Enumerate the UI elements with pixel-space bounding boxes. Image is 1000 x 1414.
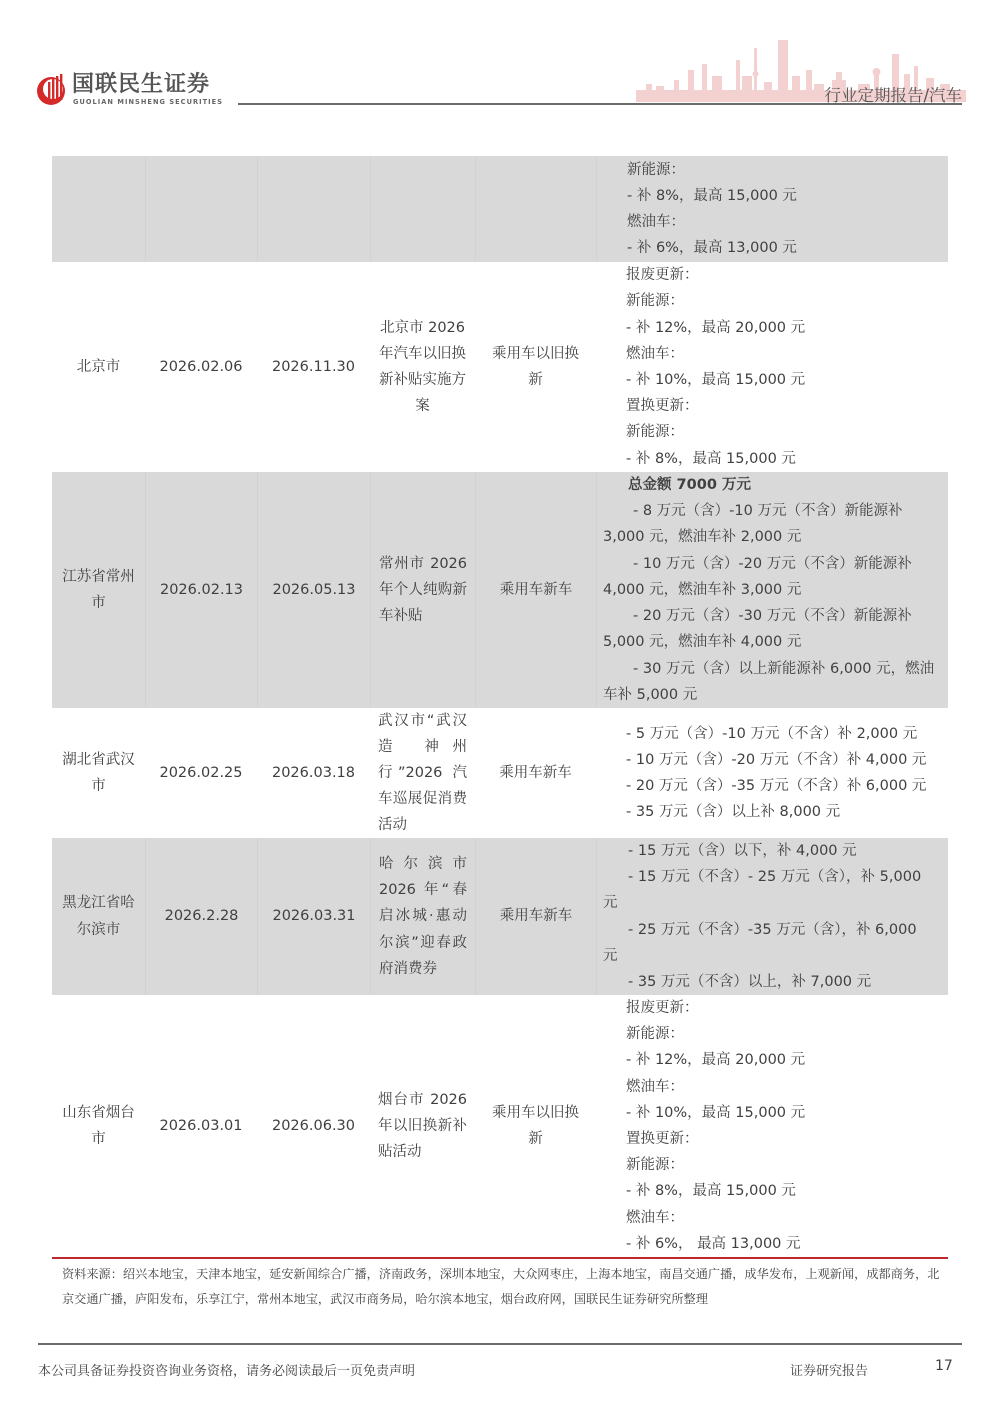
cell-details: 报废更新： 新能源： - 补 12%，最高 20,000 元 燃油车： - 补 … bbox=[596, 262, 948, 472]
cell-end-date: 2026.03.18 bbox=[257, 708, 370, 838]
detail-line: - 8 万元（含）-10 万元（不含）新能源补 3,000 元，燃油车补 2,0… bbox=[603, 498, 940, 550]
detail-line: - 补 10%，最高 15,000 元 bbox=[626, 1100, 940, 1126]
detail-line: 新能源： bbox=[626, 1152, 940, 1178]
cell-policy: 常州市 2026 年个人纯购新车补贴 bbox=[370, 472, 475, 708]
table-bottom-rule bbox=[52, 1257, 948, 1259]
cell-end-date: 2026.11.30 bbox=[257, 262, 370, 472]
detail-line: - 25 万元（不含）-35 万元（含），补 6,000 bbox=[603, 917, 940, 943]
cell-scope bbox=[475, 156, 596, 262]
footer-divider bbox=[38, 1343, 962, 1345]
detail-line: 新能源： bbox=[626, 288, 940, 314]
detail-line: 新能源： bbox=[626, 419, 940, 445]
page-number: 17 bbox=[935, 1358, 953, 1374]
cell-policy bbox=[370, 156, 475, 262]
cell-scope: 乘用车新车 bbox=[475, 472, 596, 708]
detail-title: 总金额 7000 万元 bbox=[603, 472, 940, 498]
detail-line: - 10 万元（含）-20 万元（不含）新能源补 4,000 元，燃油车补 3,… bbox=[603, 551, 940, 603]
detail-line: 报废更新： bbox=[626, 995, 940, 1021]
detail-line: - 补 6%， 最高 13,000 元 bbox=[626, 1231, 940, 1257]
cell-start-date bbox=[145, 156, 257, 262]
detail-line: 元 bbox=[603, 943, 940, 969]
table-row: 黑龙江省哈尔滨市 2026.2.28 2026.03.31 哈尔滨市 2026 … bbox=[52, 838, 948, 995]
detail-line: - 20 万元（含）-30 万元（不含）新能源补 5,000 元，燃油车补 4,… bbox=[603, 603, 940, 655]
detail-line: 元 bbox=[603, 890, 940, 916]
table-row: 江苏省常州市 2026.02.13 2026.05.13 常州市 2026 年个… bbox=[52, 472, 948, 708]
table-row: 新能源： - 补 8%，最高 15,000 元 燃油车： - 补 6%，最高 1… bbox=[52, 156, 948, 262]
cell-details: 总金额 7000 万元 - 8 万元（含）-10 万元（不含）新能源补 3,00… bbox=[596, 472, 948, 708]
cell-start-date: 2026.02.06 bbox=[145, 262, 257, 472]
detail-line: - 补 8%，最高 15,000 元 bbox=[626, 1178, 940, 1204]
detail-line: - 5 万元（含）-10 万元（不含）补 2,000 元 bbox=[626, 721, 940, 747]
detail-line: 燃油车： bbox=[627, 209, 940, 235]
detail-line: - 15 万元（不含）- 25 万元（含），补 5,000 bbox=[603, 864, 940, 890]
detail-line: 燃油车： bbox=[626, 341, 940, 367]
cell-scope: 乘用车以旧换新 bbox=[475, 262, 596, 472]
table-row: 山东省烟台市 2026.03.01 2026.06.30 烟台市 2026 年以… bbox=[52, 995, 948, 1257]
detail-line: - 补 12%，最高 20,000 元 bbox=[626, 315, 940, 341]
detail-line: 报废更新： bbox=[626, 262, 940, 288]
header-divider bbox=[238, 103, 962, 105]
detail-line: 置换更新： bbox=[626, 1126, 940, 1152]
cell-region: 黑龙江省哈尔滨市 bbox=[52, 838, 145, 995]
subsidy-policy-table: 新能源： - 补 8%，最高 15,000 元 燃油车： - 补 6%，最高 1… bbox=[52, 156, 948, 1257]
detail-line: - 35 万元（不含）以上，补 7,000 元 bbox=[603, 969, 940, 995]
cell-end-date: 2026.06.30 bbox=[257, 995, 370, 1257]
cell-policy: 武汉市“武汉造 神州行”2026 汽车巡展促消费活动 bbox=[370, 708, 475, 838]
brand-name-cn: 国联民生证券 bbox=[72, 72, 210, 98]
detail-line: - 补 10%，最高 15,000 元 bbox=[626, 367, 940, 393]
detail-line: 新能源： bbox=[627, 157, 940, 183]
detail-line: - 补 12%，最高 20,000 元 bbox=[626, 1047, 940, 1073]
brand-logo-icon bbox=[36, 74, 68, 106]
detail-line: 置换更新： bbox=[626, 393, 940, 419]
footer-disclaimer: 本公司具备证券投资咨询业务资格，请务必阅读最后一页免责声明 bbox=[38, 1360, 415, 1379]
source-note: 资料来源：绍兴本地宝，天津本地宝，延安新闻综合广播，济南政务，深圳本地宝，大众网… bbox=[62, 1262, 942, 1312]
cell-start-date: 2026.03.01 bbox=[145, 995, 257, 1257]
detail-line: - 补 6%，最高 13,000 元 bbox=[627, 235, 940, 261]
detail-line: - 10 万元（含）-20 万元（不含）补 4,000 元 bbox=[626, 747, 940, 773]
cell-end-date bbox=[257, 156, 370, 262]
detail-line: - 15 万元（含）以下，补 4,000 元 bbox=[603, 838, 940, 864]
cell-start-date: 2026.02.13 bbox=[145, 472, 257, 708]
cell-region bbox=[52, 156, 145, 262]
table-row: 湖北省武汉市 2026.02.25 2026.03.18 武汉市“武汉造 神州行… bbox=[52, 708, 948, 838]
cell-policy: 哈尔滨市 2026 年“春启冰城·惠动尔滨”迎春政府消费券 bbox=[370, 838, 475, 995]
cell-region: 山东省烟台市 bbox=[52, 995, 145, 1257]
detail-line: 新能源： bbox=[626, 1021, 940, 1047]
cell-region: 湖北省武汉市 bbox=[52, 708, 145, 838]
cell-scope: 乘用车以旧换新 bbox=[475, 995, 596, 1257]
detail-line: 燃油车： bbox=[626, 1205, 940, 1231]
cell-details: - 5 万元（含）-10 万元（不含）补 2,000 元 - 10 万元（含）-… bbox=[596, 708, 948, 838]
cell-end-date: 2026.05.13 bbox=[257, 472, 370, 708]
cell-details: - 15 万元（含）以下，补 4,000 元 - 15 万元（不含）- 25 万… bbox=[596, 838, 948, 995]
cell-policy: 北京市 2026 年汽车以旧换新补贴实施方案 bbox=[370, 262, 475, 472]
detail-line: - 补 8%，最高 15,000 元 bbox=[627, 183, 940, 209]
cell-details: 新能源： - 补 8%，最高 15,000 元 燃油车： - 补 6%，最高 1… bbox=[596, 156, 948, 262]
cell-region: 北京市 bbox=[52, 262, 145, 472]
brand-name-en: GUOLIAN MINSHENG SECURITIES bbox=[73, 98, 223, 106]
cell-scope: 乘用车新车 bbox=[475, 708, 596, 838]
detail-line: - 20 万元（含）-35 万元（不含）补 6,000 元 bbox=[626, 773, 940, 799]
cell-scope: 乘用车新车 bbox=[475, 838, 596, 995]
table-row: 北京市 2026.02.06 2026.11.30 北京市 2026 年汽车以旧… bbox=[52, 262, 948, 472]
cell-policy: 烟台市 2026 年以旧换新补贴活动 bbox=[370, 995, 475, 1257]
brand-logo: 国联民生证券 GUOLIAN MINSHENG SECURITIES bbox=[36, 72, 236, 108]
cell-details: 报废更新： 新能源： - 补 12%，最高 20,000 元 燃油车： - 补 … bbox=[596, 995, 948, 1257]
page-header: 国联民生证券 GUOLIAN MINSHENG SECURITIES 行业定期报… bbox=[0, 0, 1000, 110]
detail-line: - 补 8%，最高 15,000 元 bbox=[626, 446, 940, 472]
footer-doc-type: 证券研究报告 bbox=[790, 1360, 868, 1379]
cell-end-date: 2026.03.31 bbox=[257, 838, 370, 995]
detail-line: 燃油车： bbox=[626, 1074, 940, 1100]
detail-line: - 30 万元（含）以上新能源补 6,000 元，燃油车补 5,000 元 bbox=[603, 656, 940, 708]
detail-line: - 35 万元（含）以上补 8,000 元 bbox=[626, 799, 940, 825]
cell-start-date: 2026.2.28 bbox=[145, 838, 257, 995]
cell-start-date: 2026.02.25 bbox=[145, 708, 257, 838]
cell-region: 江苏省常州市 bbox=[52, 472, 145, 708]
